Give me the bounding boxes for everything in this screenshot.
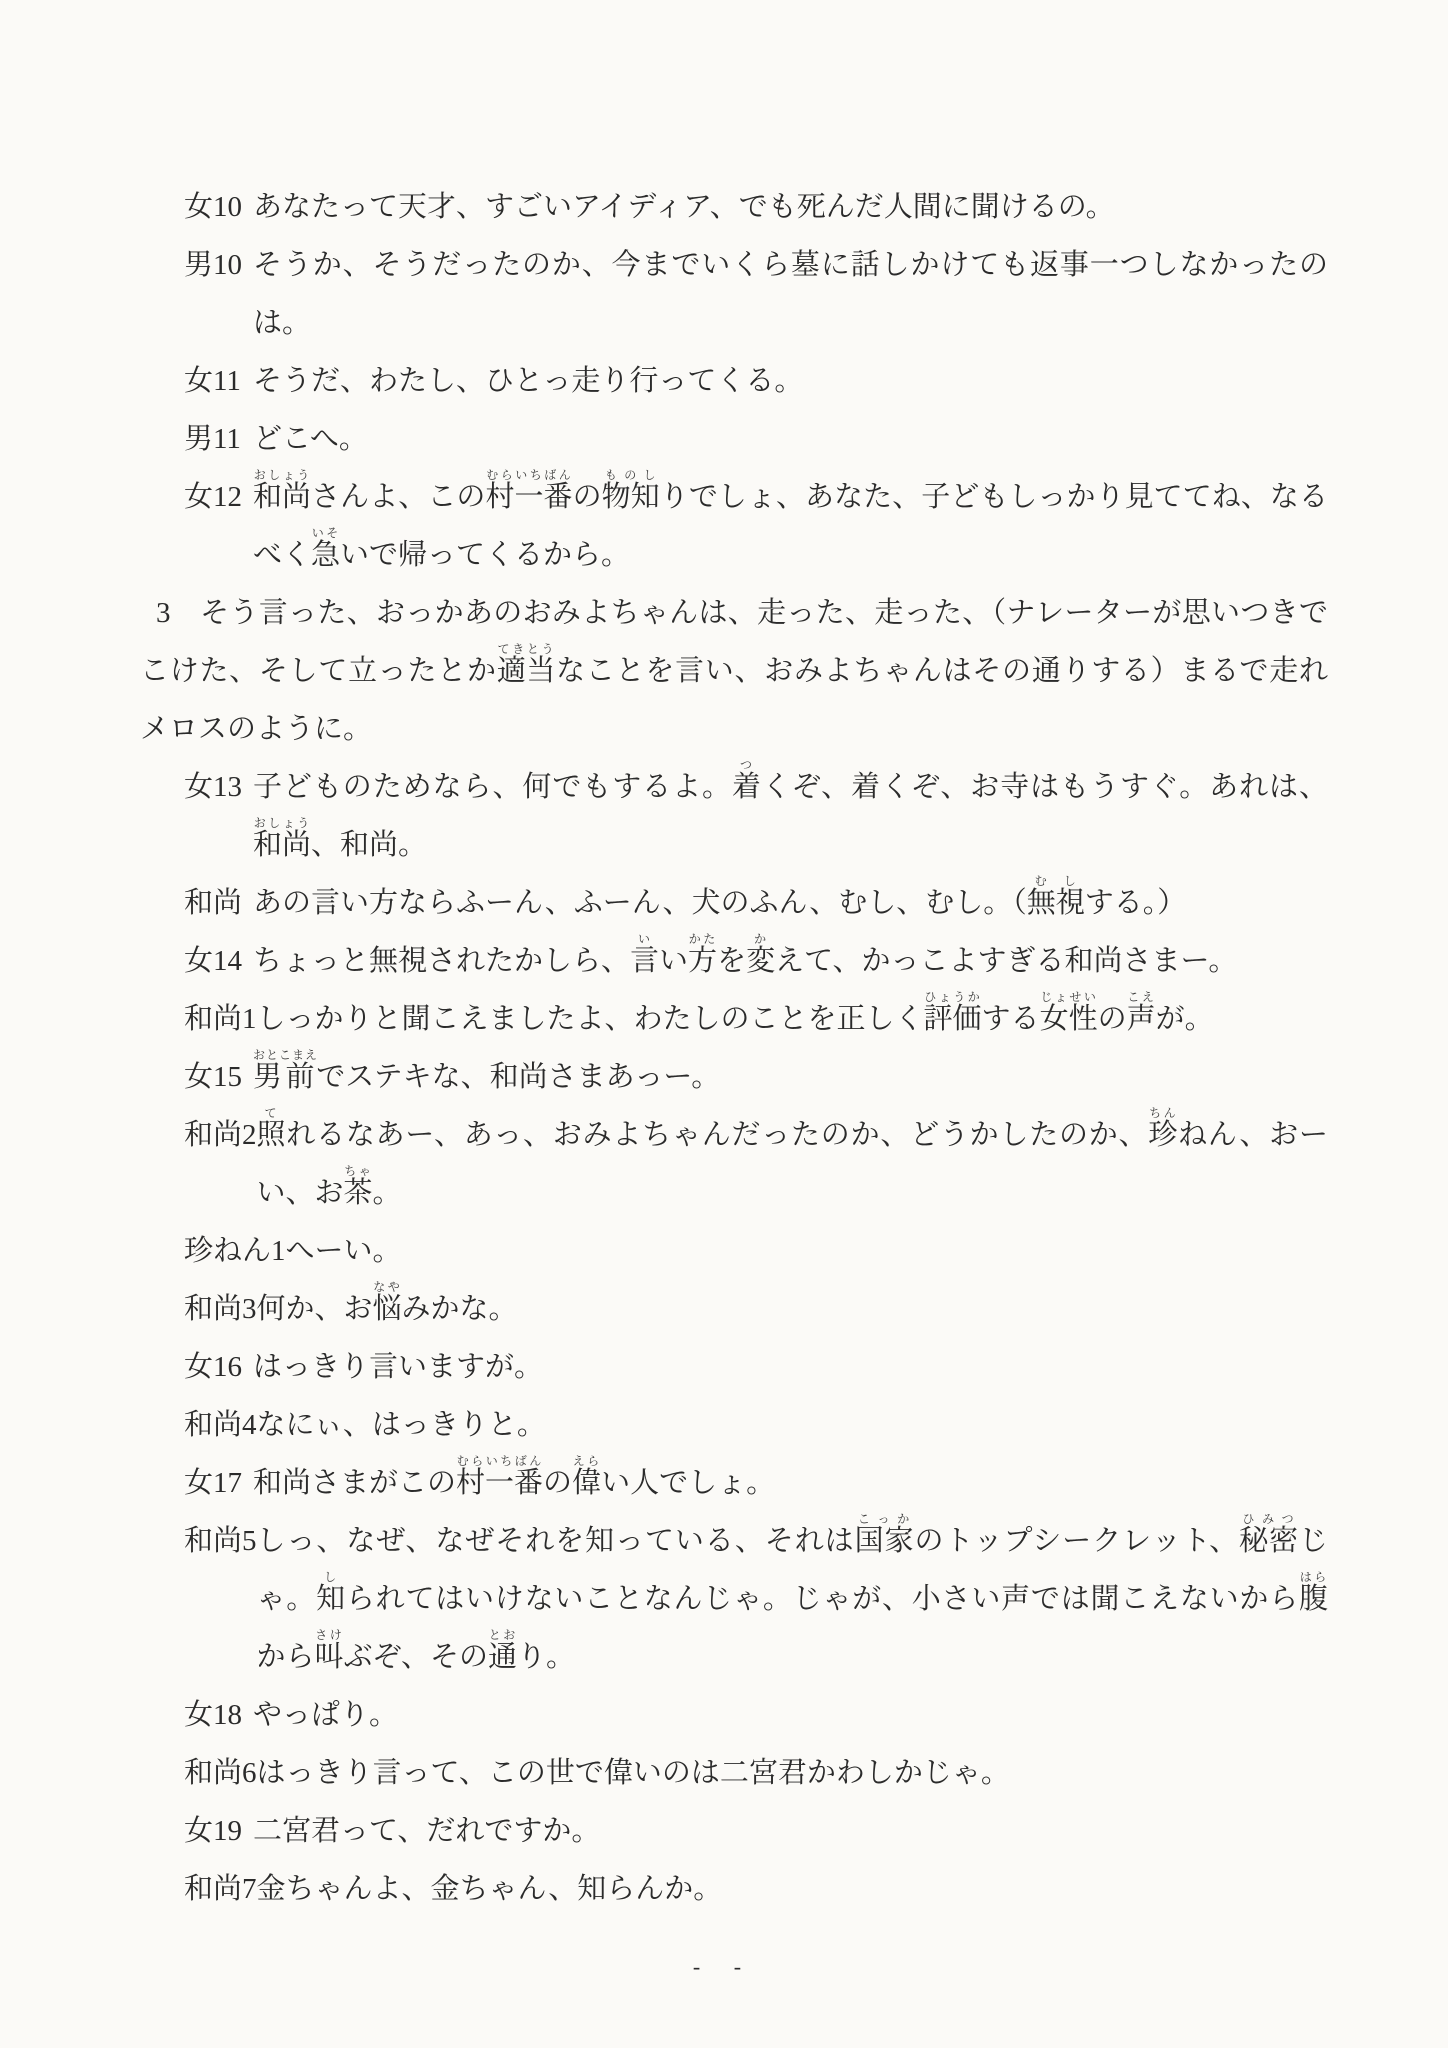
speaker-label: 和尚2 xyxy=(140,1106,257,1164)
speaker-label: 男11 xyxy=(140,410,253,468)
speaker-label: 女13 xyxy=(140,758,253,816)
dialogue-text: 和尚さまがこの村一番むらいちばんの偉えらい人でしょ。 xyxy=(253,1454,1328,1512)
page-number: - - xyxy=(0,1938,1448,1996)
furigana-annotated-word: 変か xyxy=(746,945,775,977)
speaker-label: 女18 xyxy=(140,1686,253,1744)
speaker-label: 女16 xyxy=(140,1338,253,1396)
furigana-annotated-word: 珍ちん xyxy=(1148,1119,1178,1151)
script-line: 和尚5しっ、なぜ、なぜそれを知っている、それは国家こっかのトップシークレット、秘… xyxy=(140,1512,1328,1686)
furigana-reading: こえ xyxy=(1127,990,1156,1004)
furigana-annotated-word: 悩なや xyxy=(373,1293,402,1325)
script-line: 和尚6はっきり言って、この世で偉いのは二宮君かわしかじゃ。 xyxy=(140,1744,1328,1802)
dialogue-text: あの言い方ならふーん、ふーん、犬のふん、むし、むし。（無視むしする。） xyxy=(253,874,1328,932)
speaker-label: 和尚7 xyxy=(140,1860,257,1918)
furigana-annotated-word: 茶ちゃ xyxy=(344,1177,373,1209)
furigana-annotated-word: 方かた xyxy=(688,945,717,977)
furigana-annotated-word: 男前おとこまえ xyxy=(253,1061,316,1093)
dialogue-text: 二宮君って、だれですか。 xyxy=(253,1802,1328,1860)
speaker-label: 女15 xyxy=(140,1048,253,1106)
dialogue-text: へーい。 xyxy=(286,1222,1328,1280)
furigana-reading: ひみつ xyxy=(1239,1512,1298,1526)
script-line: 和尚あの言い方ならふーん、ふーん、犬のふん、むし、むし。（無視むしする。） xyxy=(140,874,1328,932)
script-line: 女14ちょっと無視されたかしら、言いい方かたを変かえて、かっこよすぎる和尚さまー… xyxy=(140,932,1328,990)
furigana-reading: さけ xyxy=(315,1628,344,1642)
furigana-reading: おとこまえ xyxy=(253,1048,318,1062)
furigana-annotated-word: 着つ xyxy=(732,771,762,803)
furigana-reading: つ xyxy=(732,758,761,772)
furigana-annotated-word: 村一番むらいちばん xyxy=(485,481,572,513)
furigana-reading: えら xyxy=(572,1454,601,1468)
script-line: 女13子どものためなら、何でもするよ。着つくぞ、着くぞ、お寺はもうすぐ。あれは、… xyxy=(140,758,1328,874)
furigana-annotated-word: 和尚おしょう xyxy=(253,829,311,861)
speaker-label: 女12 xyxy=(140,468,253,526)
furigana-reading: い xyxy=(630,932,659,946)
script-line: 和尚4なにぃ、はっきりと。 xyxy=(140,1396,1328,1454)
script-line: 女15男前おとこまえでステキな、和尚さまあっー。 xyxy=(140,1048,1328,1106)
speaker-label: 男10 xyxy=(140,236,253,294)
dialogue-text: 子どものためなら、何でもするよ。着つくぞ、着くぞ、お寺はもうすぐ。あれは、和尚お… xyxy=(253,758,1328,874)
furigana-reading: いそ xyxy=(311,526,340,540)
dialogue-text: そうか、そうだったのか、今までいくら墓に話しかけても返事一つしなかったのは。 xyxy=(253,236,1328,352)
dialogue-text: 照てれるなあー、あっ、おみよちゃんだったのか、どうかしたのか、珍ちんねん、おーい… xyxy=(257,1106,1328,1222)
furigana-annotated-word: 物知ものし xyxy=(602,481,660,513)
furigana-reading: むし xyxy=(1027,874,1085,888)
speaker-label: 女11 xyxy=(140,352,253,410)
furigana-reading: とお xyxy=(488,1628,517,1642)
furigana-annotated-word: 村一番むらいちばん xyxy=(456,1467,543,1499)
script-line: 和尚7金ちゃんよ、金ちゃん、知らんか。 xyxy=(140,1860,1328,1918)
dialogue-text: しっかりと聞こえましたよ、わたしのことを正しく評価ひょうかする女性じょせいの声こ… xyxy=(257,990,1328,1048)
dialogue-text: 男前おとこまえでステキな、和尚さまあっー。 xyxy=(253,1048,1328,1106)
speaker-label: 女14 xyxy=(140,932,253,990)
speaker-label: 和尚3 xyxy=(140,1280,257,1338)
script-line: 女19二宮君って、だれですか。 xyxy=(140,1802,1328,1860)
speaker-label: 和尚5 xyxy=(140,1512,257,1570)
dialogue-text: 金ちゃんよ、金ちゃん、知らんか。 xyxy=(257,1860,1328,1918)
dialogue-text: やっぱり。 xyxy=(253,1686,1328,1744)
dialogue-text: しっ、なぜ、なぜそれを知っている、それは国家こっかのトップシークレット、秘密ひみ… xyxy=(257,1512,1328,1686)
furigana-reading: ひょうか xyxy=(924,990,982,1004)
furigana-annotated-word: 無視むし xyxy=(1027,887,1085,919)
furigana-annotated-word: 急いそ xyxy=(311,539,340,571)
narration-paragraph: 3 そう言った、おっかあのおみよちゃんは、走った、走った、（ナレーターが思いつき… xyxy=(140,584,1328,758)
document-page: 女10あなたって天才、すごいアイディア、でも死んだ人間に聞けるの。男10そうか、… xyxy=(0,0,1448,2048)
furigana-annotated-word: 適当てきとう xyxy=(497,655,556,687)
furigana-annotated-word: 言い xyxy=(630,945,659,977)
furigana-reading: ちゃ xyxy=(344,1164,373,1178)
furigana-annotated-word: 叫さけ xyxy=(315,1641,344,1673)
furigana-annotated-word: 女性じょせい xyxy=(1040,1003,1098,1035)
script-line: 女12和尚おしょうさんよ、この村一番むらいちばんの物知ものしりでしょ、あなた、子… xyxy=(140,468,1328,584)
speaker-label: 女19 xyxy=(140,1802,253,1860)
furigana-reading: おしょう xyxy=(253,816,311,830)
furigana-reading: はら xyxy=(1299,1570,1328,1584)
furigana-annotated-word: 和尚おしょう xyxy=(253,481,311,513)
furigana-annotated-word: 評価ひょうか xyxy=(924,1003,982,1035)
script-line: 女18やっぱり。 xyxy=(140,1686,1328,1744)
furigana-annotated-word: 照て xyxy=(257,1119,287,1151)
furigana-reading: ものし xyxy=(602,468,660,482)
dialogue-text: あなたって天才、すごいアイディア、でも死んだ人間に聞けるの。 xyxy=(253,178,1328,236)
dialogue-text: 和尚おしょうさんよ、この村一番むらいちばんの物知ものしりでしょ、あなた、子どもし… xyxy=(253,468,1328,584)
dialogue-text: 何か、お悩なやみかな。 xyxy=(257,1280,1328,1338)
furigana-reading: ちん xyxy=(1148,1106,1177,1120)
script-line: 女11そうだ、わたし、ひとっ走り行ってくる。 xyxy=(140,352,1328,410)
script-line: 男11どこへ。 xyxy=(140,410,1328,468)
furigana-reading: てきとう xyxy=(497,642,556,656)
script-line: 珍ねん1へーい。 xyxy=(140,1222,1328,1280)
furigana-reading: おしょう xyxy=(253,468,311,482)
script-line: 女17和尚さまがこの村一番むらいちばんの偉えらい人でしょ。 xyxy=(140,1454,1328,1512)
furigana-annotated-word: 国家こっか xyxy=(855,1525,915,1557)
script-line: 女16はっきり言いますが。 xyxy=(140,1338,1328,1396)
speaker-label: 和尚4 xyxy=(140,1396,257,1454)
furigana-reading: なや xyxy=(373,1280,402,1294)
dialogue-text: はっきり言って、この世で偉いのは二宮君かわしかじゃ。 xyxy=(257,1744,1328,1802)
furigana-annotated-word: 腹はら xyxy=(1299,1583,1328,1615)
script-body: 女10あなたって天才、すごいアイディア、でも死んだ人間に聞けるの。男10そうか、… xyxy=(140,178,1328,1918)
furigana-reading: か xyxy=(746,932,775,946)
furigana-annotated-word: 声こえ xyxy=(1127,1003,1156,1035)
speaker-label: 女17 xyxy=(140,1454,253,1512)
furigana-annotated-word: 通とお xyxy=(488,1641,517,1673)
speaker-label: 和尚 xyxy=(140,874,253,932)
dialogue-text: ちょっと無視されたかしら、言いい方かたを変かえて、かっこよすぎる和尚さまー。 xyxy=(253,932,1328,990)
script-line: 男10そうか、そうだったのか、今までいくら墓に話しかけても返事一つしなかったのは… xyxy=(140,236,1328,352)
furigana-annotated-word: 秘密ひみつ xyxy=(1239,1525,1299,1557)
furigana-annotated-word: 知し xyxy=(316,1583,346,1615)
script-line: 女10あなたって天才、すごいアイディア、でも死んだ人間に聞けるの。 xyxy=(140,178,1328,236)
furigana-reading: むらいちばん xyxy=(485,468,572,482)
speaker-label: 和尚1 xyxy=(140,990,257,1048)
speaker-label: 珍ねん1 xyxy=(140,1222,286,1280)
script-line: 和尚3何か、お悩なやみかな。 xyxy=(140,1280,1328,1338)
script-line: 和尚1しっかりと聞こえましたよ、わたしのことを正しく評価ひょうかする女性じょせい… xyxy=(140,990,1328,1048)
furigana-annotated-word: 偉えら xyxy=(572,1467,601,1499)
furigana-reading: じょせい xyxy=(1040,990,1098,1004)
furigana-reading: かた xyxy=(688,932,717,946)
speaker-label: 女10 xyxy=(140,178,253,236)
speaker-label: 和尚6 xyxy=(140,1744,257,1802)
dialogue-text: なにぃ、はっきりと。 xyxy=(257,1396,1328,1454)
furigana-reading: て xyxy=(257,1106,286,1120)
dialogue-text: そうだ、わたし、ひとっ走り行ってくる。 xyxy=(253,352,1328,410)
script-line: 和尚2照てれるなあー、あっ、おみよちゃんだったのか、どうかしたのか、珍ちんねん、… xyxy=(140,1106,1328,1222)
furigana-reading: し xyxy=(316,1570,345,1584)
furigana-reading: こっか xyxy=(855,1512,914,1526)
furigana-reading: むらいちばん xyxy=(456,1454,543,1468)
dialogue-text: はっきり言いますが。 xyxy=(253,1338,1328,1396)
dialogue-text: どこへ。 xyxy=(253,410,1328,468)
